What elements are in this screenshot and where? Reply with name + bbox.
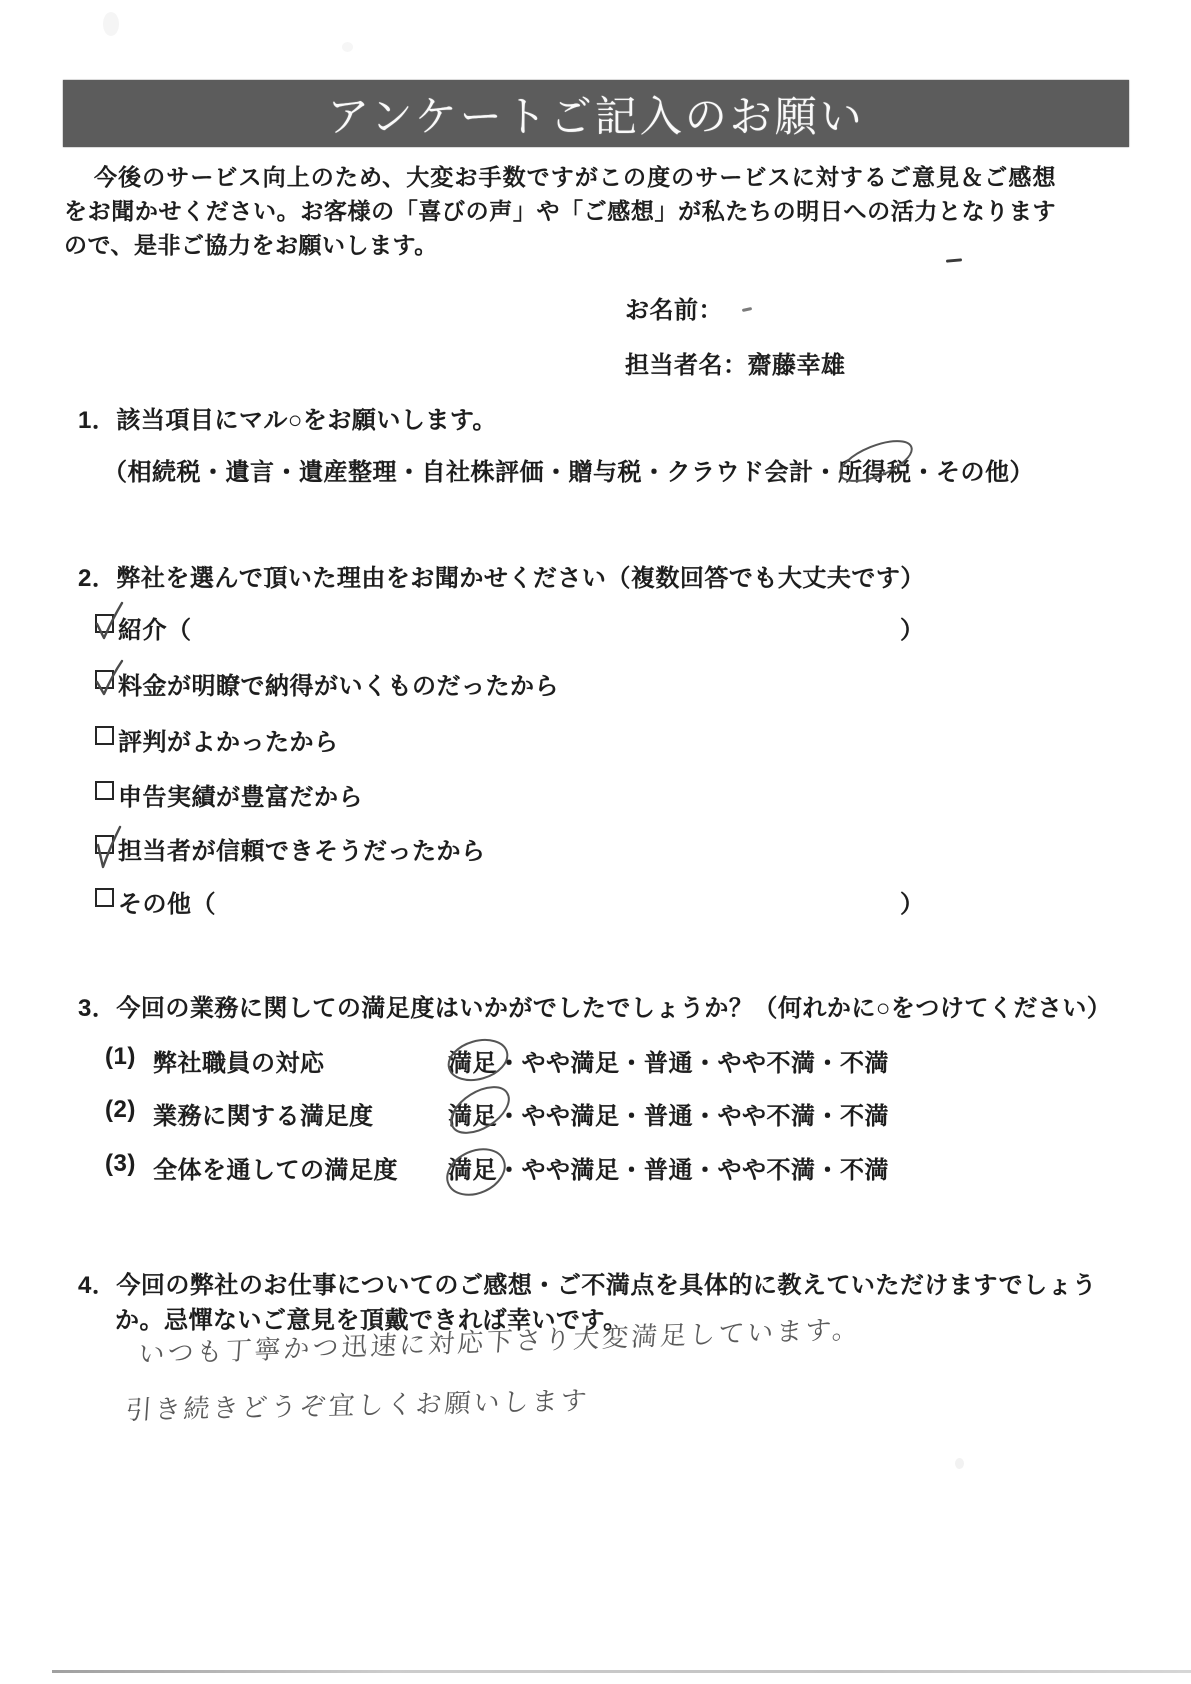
q1-options-pre: （相続税・遺言・遺産整理・自社株評価・贈与税・クラウド会計・ xyxy=(103,459,838,486)
rating-first: 満足 xyxy=(448,1103,497,1130)
row-label: 弊社職員の対応 xyxy=(153,1043,325,1078)
q3-heading: 3．今回の業務に関しての満足度はいかがでしたでしょうか？（何れかに○をつけてくだ… xyxy=(78,988,1111,1023)
title-banner: アンケートご記入のお願い xyxy=(63,80,1129,147)
staff-line: 担当者名：齋藤幸雄 xyxy=(625,345,846,380)
q2-item-reputation: 評判がよかったから xyxy=(95,722,1095,752)
q1-circled-text: 所得税 xyxy=(838,459,912,486)
rating-rest: ・やや満足・普通・やや不満・不満 xyxy=(497,1157,889,1184)
checkbox-label: 評判がよかったから xyxy=(118,722,339,757)
q1-option-circled: 所得税 xyxy=(838,459,912,486)
row-number: (3) xyxy=(105,1150,136,1178)
staff-value: 齋藤幸雄 xyxy=(748,352,846,379)
rating-rest: ・やや満足・普通・やや不満・不満 xyxy=(497,1050,889,1077)
rating-scale: 満足・やや満足・普通・やや不満・不満 xyxy=(448,1043,889,1078)
checkbox xyxy=(95,670,114,689)
scan-edge-line xyxy=(52,1670,1191,1673)
q1-options-post: ・その他） xyxy=(912,459,1035,486)
checkbox xyxy=(95,835,114,854)
row-label: 業務に関する満足度 xyxy=(153,1096,374,1131)
pen-tick-mark xyxy=(742,307,752,312)
q1-options-line: （相続税・遺言・遺産整理・自社株評価・贈与税・クラウド会計・所得税・その他） xyxy=(103,452,1034,487)
checkbox xyxy=(95,781,114,800)
row-number: (1) xyxy=(105,1043,136,1071)
rating-scale: 満足・やや満足・普通・やや不満・不満 xyxy=(448,1150,889,1185)
handwritten-comment-line2: 引き続きどうぞ宜しくお願いします xyxy=(125,1380,591,1427)
scan-speck xyxy=(955,1458,964,1469)
row-label: 全体を通しての満足度 xyxy=(153,1150,398,1185)
paren-close: ） xyxy=(900,610,925,645)
q2-item-other: その他（ ） xyxy=(95,884,1095,914)
pen-dash-mark xyxy=(946,258,962,262)
rating-scale: 満足・やや満足・普通・やや不満・不満 xyxy=(448,1096,889,1131)
rating-first: 満足 xyxy=(448,1157,497,1184)
scanned-survey-page: アンケートご記入のお願い 今後のサービス向上のため、大変お手数ですがこの度のサー… xyxy=(0,0,1191,1684)
name-label-text: お名前： xyxy=(625,297,723,324)
name-label: お名前： xyxy=(625,290,723,325)
q1-heading: 1．該当項目にマル○をお願いします。 xyxy=(78,400,497,435)
checkbox-label: 紹介（ xyxy=(118,610,192,645)
rating-first: 満足 xyxy=(448,1050,497,1077)
row-number: (2) xyxy=(105,1096,136,1124)
q3-row-staff-response: (1) 弊社職員の対応 満足・やや満足・普通・やや不満・不満 xyxy=(105,1043,1105,1077)
checkbox-label: 申告実績が豊富だから xyxy=(118,777,363,812)
q2-item-trustworthy-staff: 担当者が信頼できそうだったから xyxy=(95,831,1095,861)
staff-label: 担当者名： xyxy=(625,352,748,379)
page-title: アンケートご記入のお願い xyxy=(327,84,864,144)
checkbox xyxy=(95,888,114,907)
q4-heading-line1: 4．今回の弊社のお仕事についてのご感想・ご不満点を具体的に教えていただけますでし… xyxy=(78,1265,1097,1300)
q2-item-clear-pricing: 料金が明瞭で納得がいくものだったから xyxy=(95,666,1095,696)
q3-row-service-satisfaction: (2) 業務に関する満足度 満足・やや満足・普通・やや不満・不満 xyxy=(105,1096,1105,1130)
q2-heading: 2．弊社を選んで頂いた理由をお聞かせください（複数回答でも大丈夫です） xyxy=(78,558,925,593)
checkbox xyxy=(95,726,114,745)
paren-close: ） xyxy=(900,884,925,919)
q2-item-track-record: 申告実績が豊富だから xyxy=(95,777,1095,807)
checkbox xyxy=(95,614,114,633)
q3-row-overall-satisfaction: (3) 全体を通しての満足度 満足・やや満足・普通・やや不満・不満 xyxy=(105,1150,1105,1184)
scan-speck xyxy=(103,12,119,36)
checkbox-label: その他（ xyxy=(118,884,216,919)
scan-speck xyxy=(342,42,353,52)
checkbox-label: 料金が明瞭で納得がいくものだったから xyxy=(118,666,559,701)
checkbox-label: 担当者が信頼できそうだったから xyxy=(118,831,486,866)
rating-rest: ・やや満足・普通・やや不満・不満 xyxy=(497,1103,889,1130)
q2-item-referral: 紹介（ ） xyxy=(95,610,1095,640)
intro-paragraph: 今後のサービス向上のため、大変お手数ですがこの度のサービスに対するご意見＆ご感想… xyxy=(64,160,1056,262)
